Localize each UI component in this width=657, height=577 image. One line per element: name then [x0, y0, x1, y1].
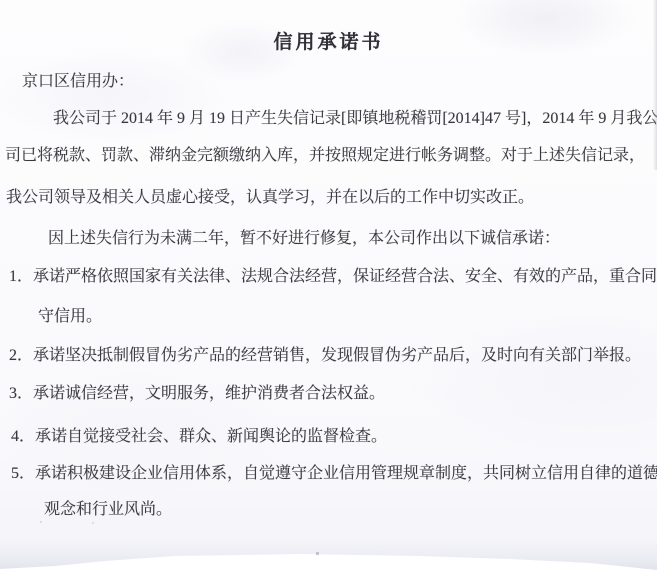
commitment-5-line1: 5．承诺积极建设企业信用体系，自觉遵守企业信用管理规章制度，共同树立信用自律的道… [11, 463, 657, 485]
commitment-2-line1: 2．承诺坚决抵制假冒伪劣产品的经营销售，发现假冒伪劣产品后，及时向有关部门举报。 [9, 345, 641, 367]
commitment-1-line1: 1．承诺严格依照国家有关法律、法规合法经营，保证经营合法、安全、有效的产品，重合… [9, 266, 657, 288]
commitment-4-line1: 4．承诺自觉接受社会、群众、新闻舆论的监督检查。 [11, 426, 387, 448]
paragraph1-line3: 我公司领导及相关人员虚心接受，认真学习，并在以后的工作中切实改正。 [6, 187, 534, 209]
commitment-3-line1: 3．承诺诚信经营，文明服务，维护消费者合法权益。 [9, 383, 385, 405]
scan-dust-speck [316, 552, 319, 555]
scanned-document-page: 信用承诺书 京口区信用办： 我公司于 2014 年 9 月 19 日产生失信记录… [0, 0, 657, 577]
commitment-1-line2: 守信用。 [38, 306, 102, 328]
document-title: 信用承诺书 [0, 27, 657, 54]
paragraph1-line2: 司已将税款、罚款、滞纳金完额缴纳入库，并按照规定进行帐务调整。对于上述失信记录， [5, 145, 645, 167]
salutation: 京口区信用办： [22, 71, 134, 93]
scan-dust-speck [40, 521, 42, 523]
paper-right-edge-shadow [653, 0, 657, 170]
commitment-5-line2: 观念和行业风尚。 [44, 499, 172, 521]
paragraph2: 因上述失信行为未满二年，暂不好进行修复，本公司作出以下诚信承诺： [48, 228, 560, 250]
scan-dust-speck [92, 522, 94, 524]
paragraph1-line1: 我公司于 2014 年 9 月 19 日产生失信记录[即镇地税稽罚[2014]4… [53, 108, 657, 130]
